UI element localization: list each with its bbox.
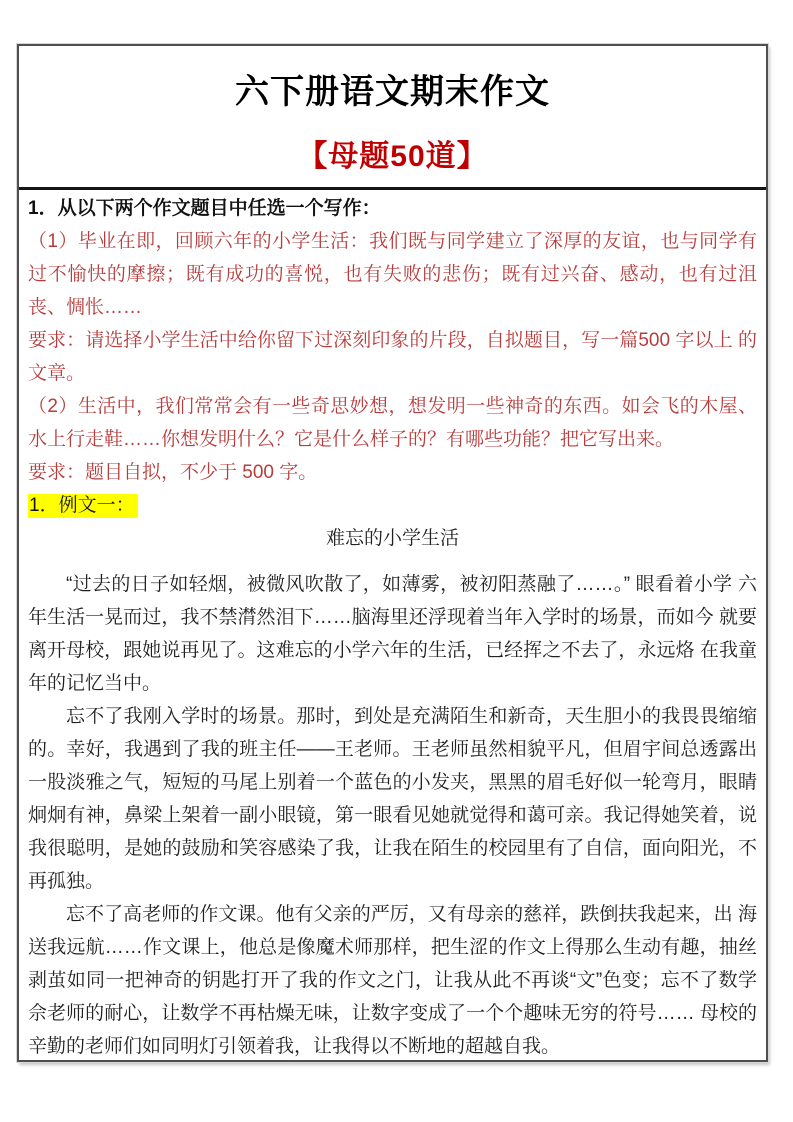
- document-content: 1．从以下两个作文题目中任选一个写作： （1）毕业在即，回顾六年的小学生活：我们…: [19, 190, 766, 1062]
- example-label-highlight: 1．例文一：: [28, 494, 138, 518]
- page-title: 六下册语文期末作文: [29, 72, 756, 112]
- question-requirement-2: 要求：题目自拟，不少于 500 字。: [28, 456, 757, 489]
- document-border-box: 六下册语文期末作文 【母题50道】 1．从以下两个作文题目中任选一个写作： （1…: [17, 44, 768, 1062]
- question-heading: 1．从以下两个作文题目中任选一个写作：: [28, 192, 757, 225]
- essay-paragraph-3: 忘不了高老师的作文课。他有父亲的严厉，又有母亲的慈祥，跌倒扶我起来，出 海送我远…: [28, 898, 757, 1062]
- essay-title: 难忘的小学生活: [28, 522, 757, 555]
- essay-paragraph-2: 忘不了我刚入学时的场景。那时，到处是充满陌生和新奇，天生胆小的我畏畏缩缩的。幸好…: [28, 700, 757, 898]
- example-label-row: 1．例文一：: [28, 489, 757, 522]
- question-option-1: （1）毕业在即，回顾六年的小学生活：我们既与同学建立了深厚的友谊，也与同学有过不…: [28, 225, 757, 324]
- question-option-2: （2）生活中，我们常常会有一些奇思妙想，想发明一些神奇的东西。如会飞的木屋、水上…: [28, 390, 757, 456]
- question-requirement-1: 要求：请选择小学生活中给你留下过深刻印象的片段，自拟题目，写一篇500 字以上 …: [28, 324, 757, 390]
- page-subtitle: 【母题50道】: [29, 139, 756, 175]
- essay-paragraph-1: “过去的日子如轻烟，被微风吹散了，如薄雾，被初阳蒸融了……。” 眼看着小学 六年…: [28, 568, 757, 700]
